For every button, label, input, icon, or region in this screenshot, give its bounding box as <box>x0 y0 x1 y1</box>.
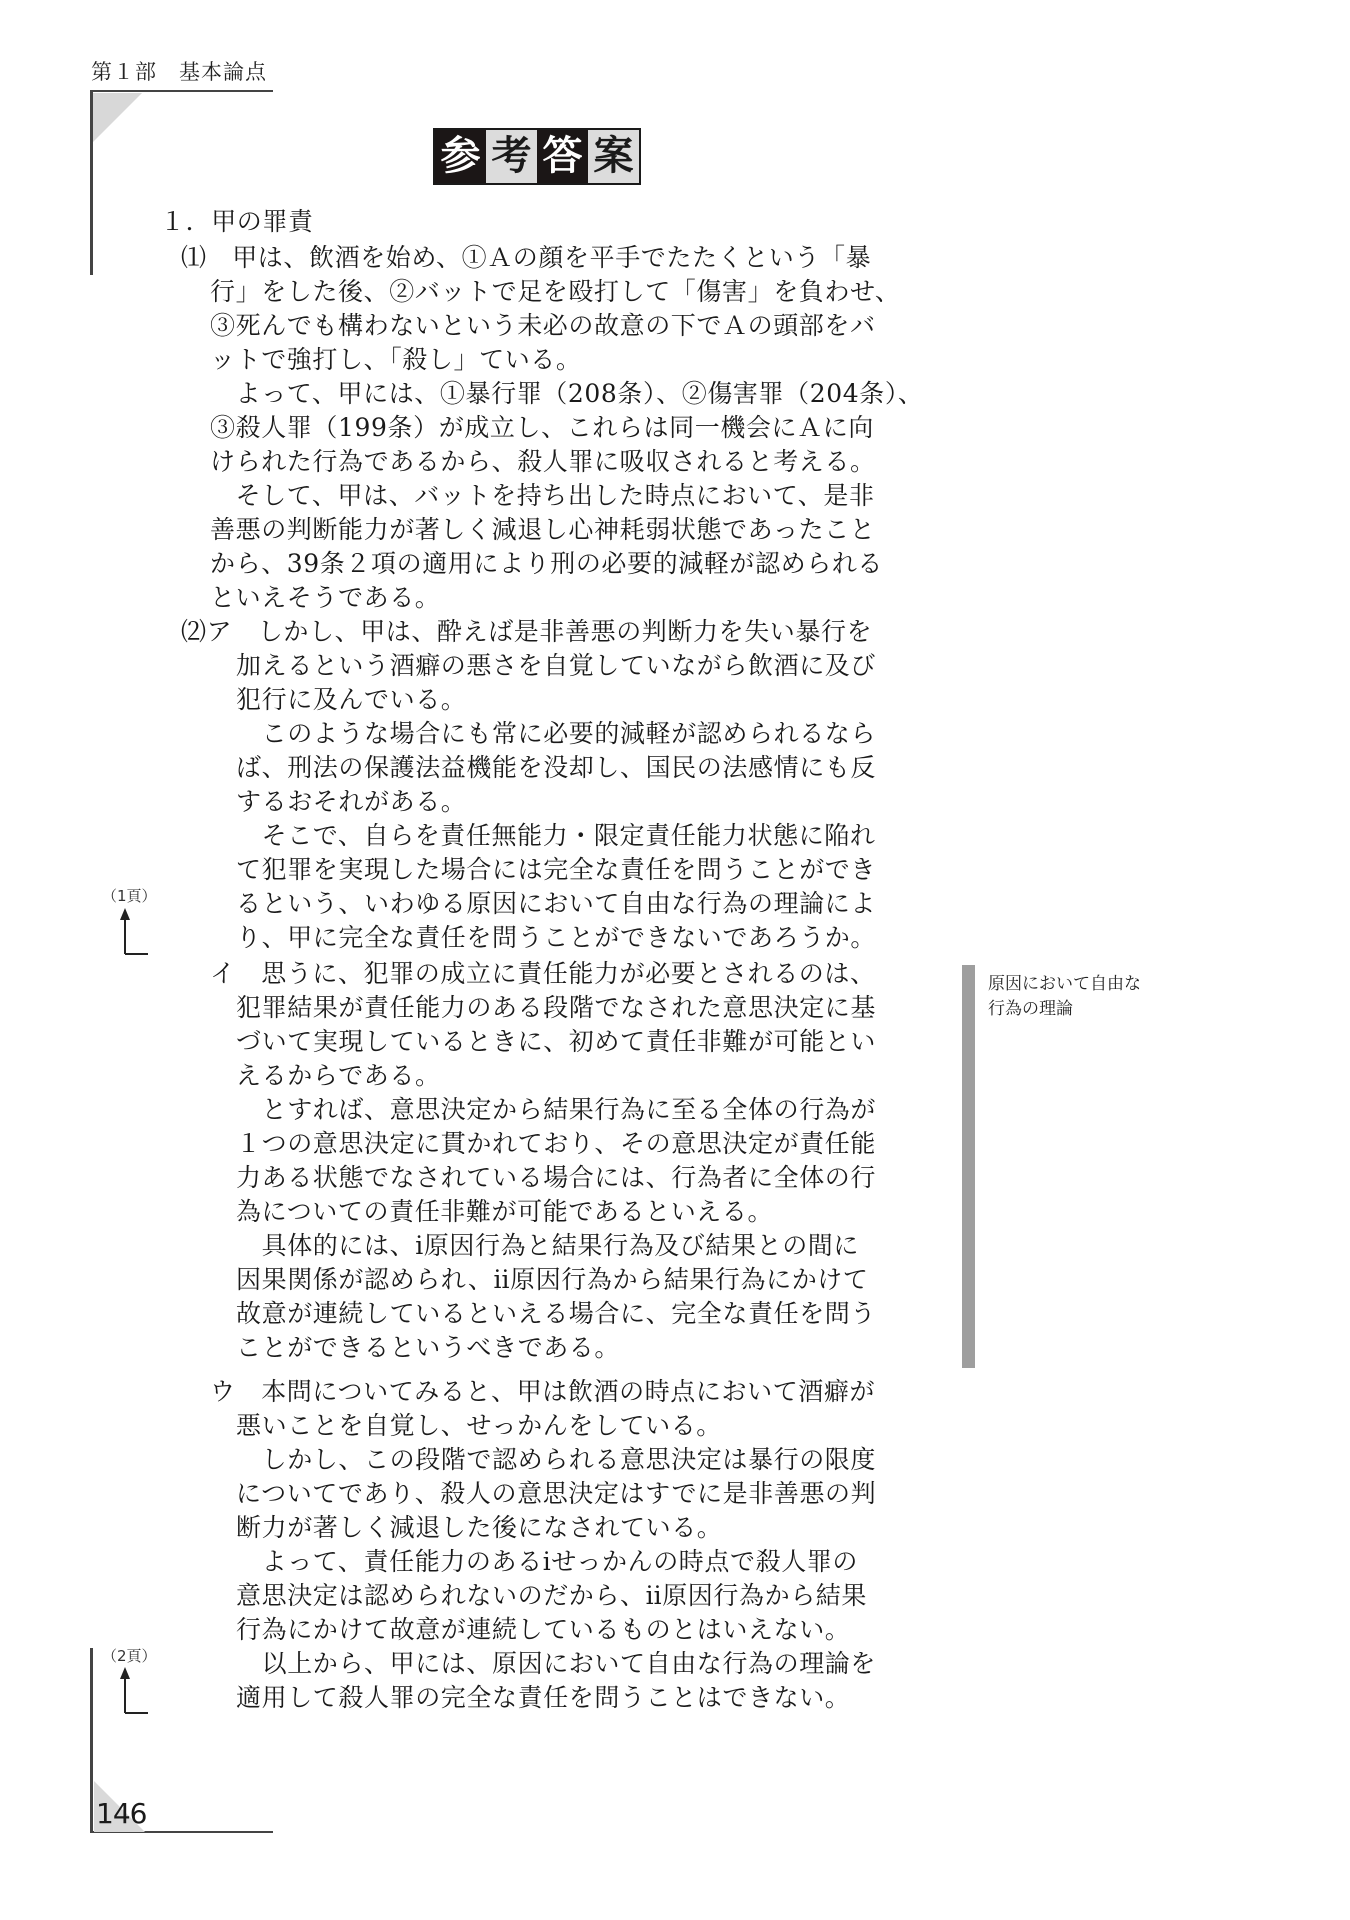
text-line: このような場合にも常に必要的減軽が認められるなら <box>236 717 876 751</box>
margin-arrow-icon <box>118 908 152 958</box>
bottom-frame-left-rule <box>90 1648 93 1833</box>
side-note-line-2: 行為の理論 <box>988 997 1141 1022</box>
text-line: 犯罪結果が責任能力のある段階でなされた意思決定に基 <box>236 991 876 1025</box>
text-line: 行」をした後、②バットで足を殴打して「傷害」を負わせ、 <box>210 275 900 309</box>
text-line: から、39条２項の適用により刑の必要的減軽が認められる <box>210 547 883 581</box>
side-note-bar <box>962 965 975 1368</box>
text-line: よって、責任能力のあるⅰせっかんの時点で殺人罪の <box>236 1545 858 1579</box>
text-line: ことができるというべきである。 <box>236 1331 620 1365</box>
title-char-2: 考 <box>486 130 537 183</box>
text-line: 適用して殺人罪の完全な責任を問うことはできない。 <box>236 1681 850 1715</box>
text-line: ⑴ 甲は、飲酒を始め、①Ａの顔を平手でたたくという「暴 <box>181 241 871 275</box>
text-line: 行為にかけて故意が連続しているものとはいえない。 <box>236 1613 850 1647</box>
text-line: 意思決定は認められないのだから、ⅱ原因行為から結果 <box>236 1579 867 1613</box>
text-line: 以上から、甲には、原因において自由な行為の理論を <box>236 1647 876 1681</box>
text-line: るという、いわゆる原因において自由な行為の理論によ <box>236 887 876 921</box>
text-line: そこで、自らを責任無能力・限定責任能力状態に陥れ <box>236 819 876 853</box>
margin-ref-page-1: （1頁） <box>102 885 157 906</box>
running-head-section: 基本論点 <box>179 60 267 84</box>
title-char-1: 参 <box>435 130 486 183</box>
text-line: 断力が著しく減退した後になされている。 <box>236 1511 722 1545</box>
margin-ref-page-2: （2頁） <box>102 1645 157 1666</box>
text-line: 悪いことを自覚し、せっかんをしている。 <box>236 1409 722 1443</box>
text-line: しかし、この段階で認められる意思決定は暴行の限度 <box>236 1443 876 1477</box>
text-line: 具体的には、ⅰ原因行為と結果行為及び結果との間に <box>236 1229 859 1263</box>
text-line: て犯罪を実現した場合には完全な責任を問うことができ <box>236 853 876 887</box>
text-line: 為についての責任非難が可能であるといえる。 <box>236 1195 773 1229</box>
running-head-part: 第１部 <box>91 60 157 84</box>
text-line: 犯行に及んでいる。 <box>236 683 466 717</box>
answer-title-box: 参 考 答 案 <box>433 128 641 185</box>
text-line: ③殺人罪（199条）が成立し、これらは同一機会にＡに向 <box>210 411 874 445</box>
text-line: づいて実現しているときに、初めて責任非難が可能とい <box>236 1025 876 1059</box>
title-char-3: 答 <box>537 130 588 183</box>
text-line: イ 思うに、犯罪の成立に責任能力が必要とされるのは、 <box>210 957 876 991</box>
text-line: １つの意思決定に貫かれており、その意思決定が責任能 <box>236 1127 876 1161</box>
text-line: ウ 本問についてみると、甲は飲酒の時点において酒癖が <box>210 1375 875 1409</box>
side-note: 原因において自由な 行為の理論 <box>988 972 1141 1022</box>
corner-decoration-top <box>93 93 142 142</box>
top-frame-rule <box>91 90 273 92</box>
text-line: するおそれがある。 <box>236 785 466 819</box>
text-line: ットで強打し、「殺し」ている。 <box>210 343 582 377</box>
text-line: 故意が連続しているといえる場合に、完全な責任を問う <box>236 1297 876 1331</box>
running-head: 第１部基本論点 <box>91 56 267 86</box>
text-line: り、甲に完全な責任を問うことができないであろうか。 <box>236 921 876 955</box>
text-line: ⑵ア しかし、甲は、酔えば是非善悪の判断力を失い暴行を <box>181 615 872 649</box>
text-line: けられた行為であるから、殺人罪に吸収されると考える。 <box>210 445 876 479</box>
text-line: そして、甲は、バットを持ち出した時点において、是非 <box>210 479 875 513</box>
text-line: ば、刑法の保護法益機能を没却し、国民の法感情にも反 <box>236 751 876 785</box>
section-heading: １．甲の罪責 <box>160 205 314 239</box>
text-line: 力ある状態でなされている場合には、行為者に全体の行 <box>236 1161 876 1195</box>
text-line: といえそうである。 <box>210 581 440 615</box>
side-note-line-1: 原因において自由な <box>988 972 1141 997</box>
text-line: ③死んでも構わないという未必の故意の下でＡの頭部をバ <box>210 309 876 343</box>
text-line: よって、甲には、①暴行罪（208条）、②傷害罪（204条）、 <box>210 377 924 411</box>
text-line: とすれば、意思決定から結果行為に至る全体の行為が <box>236 1093 876 1127</box>
text-line: 因果関係が認められ、ⅱ原因行為から結果行為にかけて <box>236 1263 869 1297</box>
text-line: 善悪の判断能力が著しく減退し心神耗弱状態であったこと <box>210 513 875 547</box>
margin-arrow-icon <box>118 1667 152 1717</box>
page-number: 146 <box>96 1797 146 1830</box>
text-line: えるからである。 <box>236 1059 441 1093</box>
title-char-4: 案 <box>588 130 639 183</box>
text-line: 加えるという酒癖の悪さを自覚していながら飲酒に及び <box>236 649 876 683</box>
text-line: についてであり、殺人の意思決定はすでに是非善悪の判 <box>236 1477 876 1511</box>
